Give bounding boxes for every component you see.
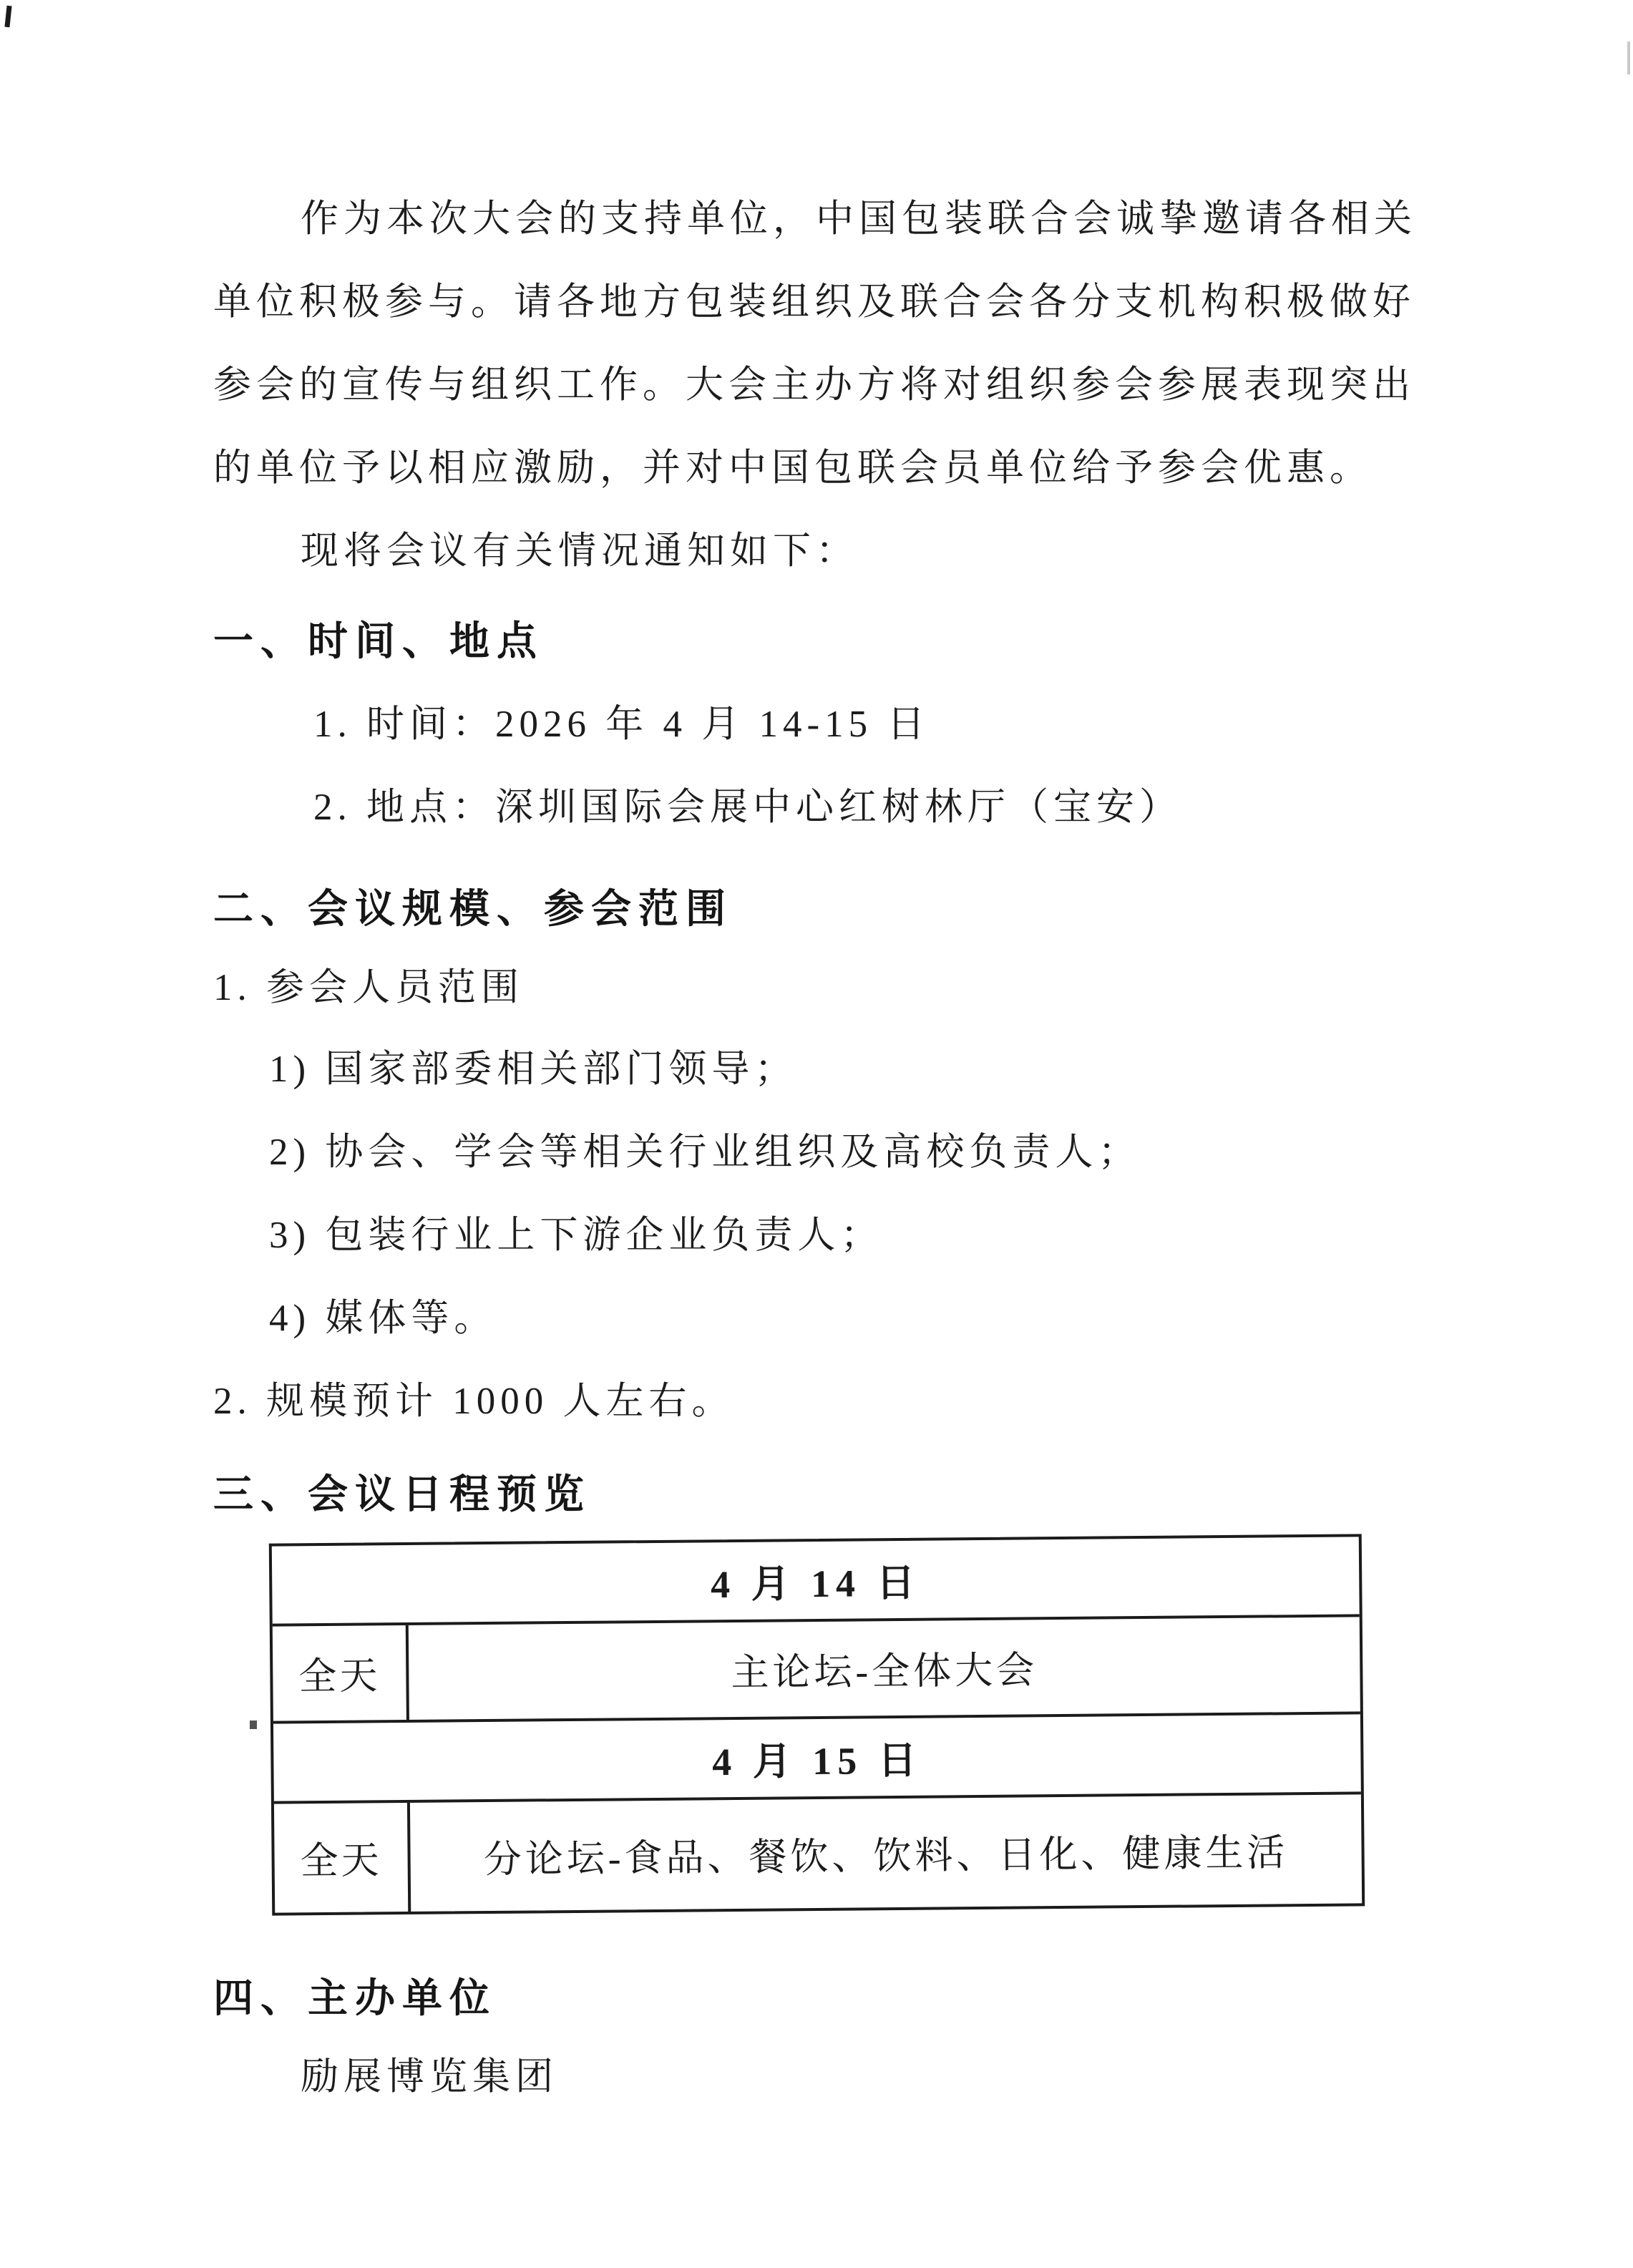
- lead-in-line: 现将会议有关情况通知如下：: [213, 530, 859, 573]
- scale-item: 2. 规模预计 1000 人左右。: [213, 1380, 735, 1423]
- day1-session-row: 全天 主论坛-全体大会: [273, 1617, 1360, 1723]
- attendee-scope-item: 1. 参会人员范围: [213, 966, 524, 1010]
- scanned-notice-page: 作为本次大会的支持单位，中国包装联合会诚挚邀请各相关 单位积极参与。请各地方包装…: [0, 0, 1633, 2268]
- intro-line-1: 作为本次大会的支持单位，中国包装联合会诚挚邀请各相关: [213, 198, 1417, 241]
- day1-time-cell: 全天: [273, 1625, 409, 1721]
- scan-artifact: [1627, 42, 1630, 74]
- day1-date-row: 4 月 14 日: [272, 1537, 1360, 1626]
- time-item: 1. 时间：2026 年 4 月 14-15 日: [213, 703, 930, 746]
- day1-date-label: 4 月 14 日: [711, 1552, 921, 1609]
- venue-item: 2. 地点：深圳国际会展中心红树林厅（宝安）: [213, 786, 1182, 829]
- scan-artifact: [250, 1721, 257, 1729]
- section-two-heading: 二、会议规模、参会范围: [213, 877, 733, 935]
- attendee-type-2: 2) 协会、学会等相关行业组织及高校负责人；: [213, 1131, 1141, 1174]
- section-one-heading: 一、时间、地点: [213, 610, 544, 667]
- scan-artifact: [4, 6, 11, 28]
- attendee-type-1: 1) 国家部委相关部门领导；: [213, 1048, 797, 1091]
- attendee-type-4: 4) 媒体等。: [213, 1297, 497, 1340]
- day2-time-cell: 全天: [274, 1803, 411, 1913]
- day2-date-label: 4 月 15 日: [712, 1729, 922, 1786]
- organizer-name: 励展博览集团: [213, 2055, 558, 2099]
- day2-date-row: 4 月 15 日: [273, 1714, 1361, 1804]
- section-four-heading: 四、主办单位: [213, 1967, 497, 2024]
- day2-content-cell: 分论坛-食品、餐饮、饮料、日化、健康生活: [410, 1821, 1362, 1884]
- section-three-heading: 三、会议日程预览: [213, 1463, 591, 1520]
- intro-line-3: 参会的宣传与组织工作。大会主办方将对组织参会参展表现突出: [213, 364, 1415, 407]
- schedule-table: 4 月 14 日 全天 主论坛-全体大会 4 月 15 日 全天 分论坛-食品、…: [269, 1534, 1365, 1915]
- day2-session-row: 全天 分论坛-食品、餐饮、饮料、日化、健康生活: [274, 1794, 1362, 1912]
- day1-content-cell: 主论坛-全体大会: [409, 1637, 1360, 1700]
- intro-line-2: 单位积极参与。请各地方包装组织及联合会各分支机构积极做好: [213, 281, 1415, 324]
- intro-line-4: 的单位予以相应激励，并对中国包联会员单位给予参会优惠。: [213, 447, 1373, 490]
- attendee-type-3: 3) 包装行业上下游企业负责人；: [213, 1214, 883, 1257]
